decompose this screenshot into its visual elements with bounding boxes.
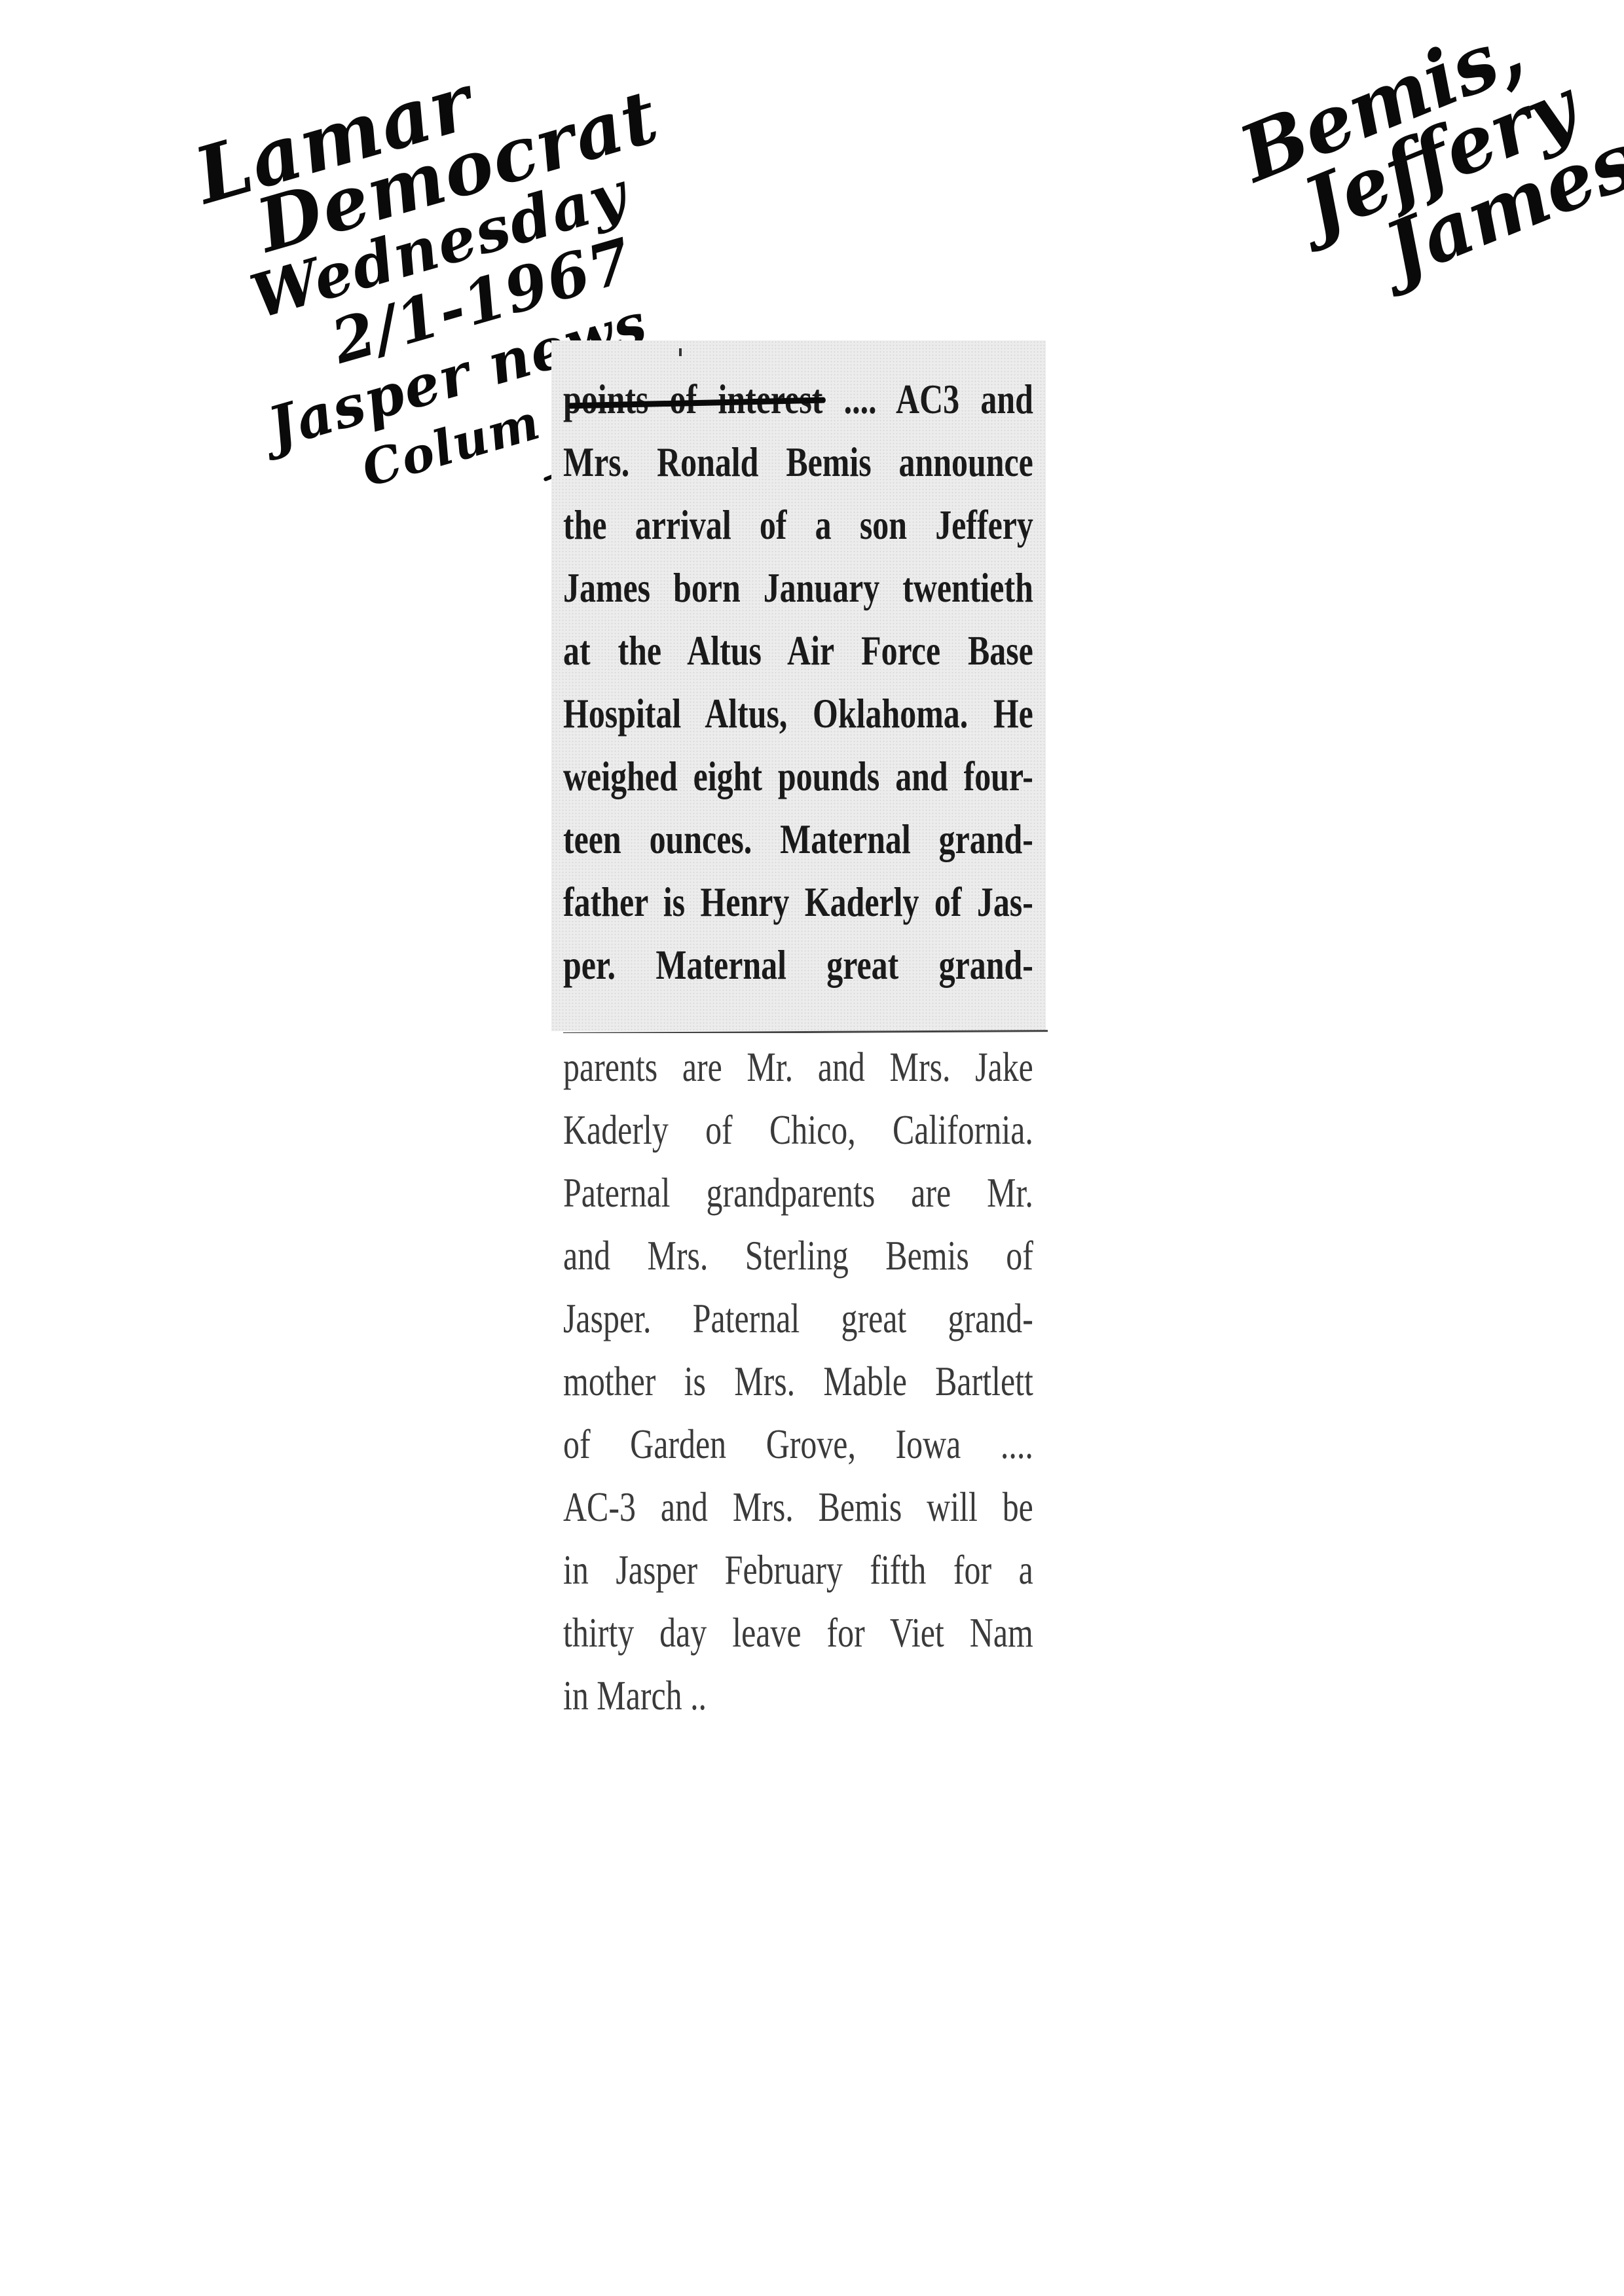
clipping-line: Hospital Altus, Oklahoma. He xyxy=(563,682,1033,745)
clipping-text-block: points of interest .... AC3 and Mrs. Ron… xyxy=(563,368,1034,996)
struck-through-text: points of interest xyxy=(563,376,822,422)
clipping-line: teen ounces. Maternal grand- xyxy=(563,808,1033,871)
print-mark xyxy=(679,348,682,356)
newspaper-clipping-top: points of interest .... AC3 and Mrs. Ron… xyxy=(551,340,1046,1031)
document-page: Lamar Democrat Wednesday 2/1-1967 Jasper… xyxy=(0,0,1624,2296)
clipping-line: thirty day leave for Viet Nam xyxy=(563,1601,1033,1664)
clipping-line: father is Henry Kaderly of Jas- xyxy=(563,871,1033,934)
clipping-line: weighed eight pounds and four- xyxy=(563,745,1033,808)
clipping-line: of Garden Grove, Iowa .... xyxy=(563,1413,1033,1476)
clipping-line-text: .... AC3 and xyxy=(822,376,1033,422)
clipping-line: mother is Mrs. Mable Bartlett xyxy=(563,1350,1033,1413)
clipping-line: Kaderly of Chico, California. xyxy=(563,1099,1033,1161)
newspaper-clipping-bottom: parents are Mr. and Mrs. Jake Kaderly of… xyxy=(551,1033,1046,1707)
clipping-line: in Jasper February fifth for a xyxy=(563,1539,1033,1601)
clipping-line: per. Maternal great grand- xyxy=(563,934,1033,996)
clipping-line: James born January twentieth xyxy=(563,556,1033,619)
clipping-line: and Mrs. Sterling Bemis of xyxy=(563,1224,1033,1287)
handwritten-name-note: Bemis, Jeffery James xyxy=(1231,0,1624,325)
clipping-text-block: parents are Mr. and Mrs. Jake Kaderly of… xyxy=(563,1036,1034,1727)
clipping-line: Paternal grandparents are Mr. xyxy=(563,1161,1033,1224)
clipping-line: parents are Mr. and Mrs. Jake xyxy=(563,1036,1033,1099)
clipping-line: in March .. xyxy=(563,1664,1033,1727)
clipping-line: at the Altus Air Force Base xyxy=(563,619,1033,682)
clipping-line: Mrs. Ronald Bemis announce xyxy=(563,431,1033,494)
clipping-line: AC-3 and Mrs. Bemis will be xyxy=(563,1476,1033,1539)
clipping-line: Jasper. Paternal great grand- xyxy=(563,1287,1033,1350)
clipping-line: points of interest .... AC3 and xyxy=(563,368,1033,431)
clipping-line: the arrival of a son Jeffery xyxy=(563,494,1033,556)
